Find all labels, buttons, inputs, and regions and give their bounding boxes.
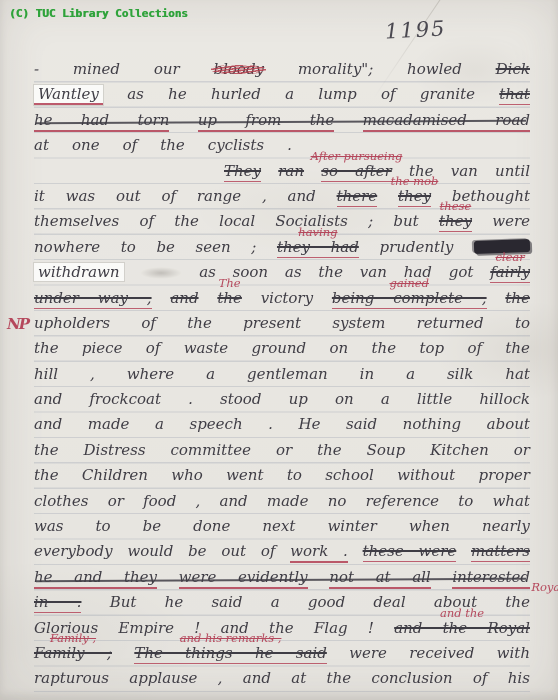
manuscript-word: be	[156, 238, 174, 256]
manuscript-word: and	[288, 187, 316, 205]
page-number: 1195	[384, 16, 447, 43]
manuscript-word: on	[335, 390, 354, 408]
manuscript-word: of	[467, 339, 482, 357]
manuscript-word: of	[141, 314, 156, 332]
manuscript-word: seen ;	[196, 238, 257, 256]
manuscript-word: about	[487, 415, 530, 433]
manuscript-word: or	[514, 441, 530, 459]
manuscript-word: little	[417, 390, 452, 408]
manuscript-word: where	[127, 365, 174, 383]
manuscript-word: no	[328, 492, 347, 510]
manuscript-word: matters	[471, 542, 530, 562]
manuscript-word: victory	[261, 289, 313, 307]
manuscript-word: to	[121, 238, 136, 256]
manuscript-word: work .	[290, 542, 348, 563]
manuscript-word: not at all	[329, 568, 430, 589]
manuscript-word: of	[161, 187, 176, 205]
red-ink-insertion: Royal	[531, 582, 558, 593]
manuscript-word: was	[66, 187, 95, 205]
manuscript-word: were evidently	[179, 568, 308, 589]
manuscript-word: a	[271, 593, 280, 611]
manuscript-line: and frockcoat . stood up on a little hil…	[34, 387, 530, 412]
manuscript-word: prudently	[379, 238, 453, 256]
manuscript-word: winter	[327, 517, 376, 535]
manuscript-word: van	[360, 263, 387, 281]
manuscript-word: theythe mob	[398, 187, 431, 207]
manuscript-word: got	[449, 263, 474, 281]
manuscript-word: would	[127, 542, 173, 560]
manuscript-word: Distress	[84, 441, 146, 459]
manuscript-word: returned	[417, 314, 484, 332]
manuscript-word: and	[243, 669, 271, 687]
manuscript-word: withdrawn	[34, 263, 124, 281]
red-ink-insertion: having	[298, 227, 337, 238]
manuscript-word: The things he saidand his remarks ,	[134, 644, 327, 664]
manuscript-word: of	[473, 669, 488, 687]
manuscript-word: the	[372, 339, 397, 357]
manuscript-word: be	[143, 517, 161, 535]
manuscript-line: at one of the cyclists .	[34, 133, 292, 158]
manuscript-word: but	[393, 212, 418, 230]
manuscript-lines: - mined our bloody morality"; howled Dic…	[34, 57, 530, 697]
manuscript-word: fairlyclear	[490, 263, 530, 283]
manuscript-word: of	[261, 542, 276, 560]
manuscript-word: done	[193, 517, 230, 535]
manuscript-word: without	[397, 466, 455, 484]
manuscript-word: to	[287, 466, 302, 484]
manuscript-line: clothes or food , and made no reference …	[34, 489, 530, 514]
manuscript-word: applause ,	[129, 669, 222, 687]
manuscript-word: Dick	[496, 60, 530, 78]
manuscript-word: Flag !	[314, 619, 374, 637]
manuscript-word: his	[508, 669, 530, 687]
manuscript-word: a speech .	[155, 415, 273, 433]
manuscript-word: and the Royaland the	[394, 619, 530, 637]
manuscript-word: hurled	[211, 85, 261, 103]
manuscript-word: the	[34, 441, 59, 459]
manuscript-word: so afterAfter pursueing	[321, 162, 392, 182]
manuscript-word: the	[327, 669, 352, 687]
red-ink-insertion: the mob	[391, 176, 439, 187]
manuscript-word: gentleman	[247, 365, 328, 383]
manuscript-line: Glorious Empire ! and the Flag ! and the…	[34, 616, 530, 641]
manuscript-word: silk hat	[447, 365, 530, 383]
manuscript-word: next	[262, 517, 295, 535]
manuscript-word: in	[360, 365, 374, 383]
red-ink-insertion: After pursueing	[311, 151, 403, 162]
manuscript-word: who	[171, 466, 203, 484]
manuscript-word: hillock	[479, 390, 530, 408]
manuscript-word: there	[337, 187, 378, 207]
manuscript-word: was	[34, 517, 63, 535]
manuscript-word: howled	[407, 60, 462, 78]
manuscript-word: lump	[318, 85, 356, 103]
manuscript-word: and	[170, 289, 198, 307]
manuscript-word: on	[330, 339, 349, 357]
manuscript-word: everybody	[34, 542, 113, 560]
manuscript-word: morality";	[298, 60, 373, 78]
manuscript-word: Wantley	[34, 85, 103, 105]
manuscript-word: nothing	[403, 415, 461, 433]
red-ink-insertion: these	[440, 201, 472, 212]
manuscript-word: it	[34, 187, 45, 205]
manuscript-word: be	[188, 542, 206, 560]
manuscript-word: stood	[220, 390, 261, 408]
manuscript-word: of	[146, 339, 161, 357]
manuscript-word: or	[108, 492, 124, 510]
manuscript-word: he had torn	[34, 111, 169, 132]
manuscript-word: in .	[34, 593, 81, 613]
manuscript-word: went	[226, 466, 263, 484]
manuscript-word: received	[409, 644, 474, 662]
red-ink-insertion: clear	[495, 252, 524, 263]
manuscript-word: as	[285, 263, 302, 281]
manuscript-word: committee	[170, 441, 251, 459]
manuscript-line: themselves of the local Socialists ; but…	[34, 209, 530, 234]
manuscript-line: and made a speech . He said nothing abou…	[34, 412, 530, 437]
manuscript-word: range ,	[197, 187, 267, 205]
manuscript-word: as	[127, 85, 144, 103]
manuscript-word: out	[221, 542, 246, 560]
manuscript-word: theThe	[217, 289, 242, 307]
manuscript-word: the	[174, 212, 199, 230]
manuscript-word: conclusion	[371, 669, 452, 687]
manuscript-word: a	[285, 85, 294, 103]
manuscript-word: Soup	[367, 441, 406, 459]
manuscript-word: he	[168, 85, 187, 103]
manuscript-word: at one of the cyclists .	[34, 136, 292, 154]
manuscript-page: (C) TUC Library Collections 1195 - mined…	[0, 0, 558, 700]
manuscript-word: deal	[373, 593, 405, 611]
manuscript-word: clothes	[34, 492, 89, 510]
manuscript-line: nowhere to be seen ; they hadhaving prud…	[34, 235, 530, 260]
manuscript-line: withdrawn as soon as the van had got fai…	[34, 260, 530, 285]
manuscript-line: the Children who went to school without …	[34, 463, 530, 488]
manuscript-word: top	[419, 339, 444, 357]
manuscript-word: under way ,	[34, 289, 152, 309]
manuscript-word: of	[139, 212, 154, 230]
manuscript-word: school	[325, 466, 374, 484]
manuscript-word: present	[243, 314, 301, 332]
manuscript-word: theythese	[439, 212, 472, 232]
manuscript-word: proper	[478, 466, 529, 484]
manuscript-word: that	[499, 85, 530, 105]
manuscript-word: nowhere	[34, 238, 100, 256]
manuscript-word: granite	[420, 85, 475, 103]
manuscript-word: the	[505, 289, 530, 307]
manuscript-line: hill , where a gentleman in a silk hat	[34, 362, 530, 387]
red-ink-insertion: and the	[440, 608, 484, 619]
manuscript-word: nearly	[482, 517, 530, 535]
manuscript-word: up	[289, 390, 308, 408]
manuscript-word: when	[409, 517, 450, 535]
manuscript-word: our	[154, 60, 180, 78]
manuscript-word: a	[206, 365, 215, 383]
manuscript-word: with	[497, 644, 530, 662]
manuscript-word: food ,	[143, 492, 200, 510]
manuscript-line: the piece of waste ground on the top of …	[34, 336, 530, 361]
manuscript-word: being complete ,gained	[332, 289, 487, 309]
manuscript-word: said	[346, 415, 377, 433]
manuscript-word: Kitchen	[430, 441, 489, 459]
red-ink-insertion: and his remarks ,	[180, 633, 282, 644]
manuscript-word: were	[492, 212, 530, 230]
manuscript-word: They	[224, 162, 261, 182]
manuscript-word: - mined	[34, 60, 120, 78]
manuscript-word: out	[116, 187, 141, 205]
manuscript-word: made	[267, 492, 309, 510]
manuscript-word: Children	[82, 466, 148, 484]
manuscript-word: the	[317, 441, 342, 459]
manuscript-word: upholders	[34, 314, 110, 332]
manuscript-word: to	[515, 314, 530, 332]
manuscript-word: Family ;Family ,	[34, 644, 112, 662]
manuscript-line: rapturous applause , and at the conclusi…	[34, 666, 530, 691]
paragraph-mark: NP	[7, 312, 28, 337]
manuscript-word: frockcoat .	[89, 390, 193, 408]
manuscript-word: these were	[363, 542, 457, 562]
manuscript-word: system	[332, 314, 385, 332]
manuscript-line: he and they were evidently not at all in…	[34, 565, 530, 590]
manuscript-word: ran	[278, 162, 304, 180]
manuscript-word: local	[219, 212, 255, 230]
manuscript-word: theRoyal	[505, 593, 530, 611]
manuscript-line: was to be done next winter when nearly	[34, 514, 530, 539]
manuscript-line: Wantley as he hurled a lump of granite t…	[34, 82, 530, 107]
manuscript-line: he had torn up from the macadamised road	[34, 108, 530, 133]
manuscript-word: to	[96, 517, 111, 535]
manuscript-word: reference to	[366, 492, 474, 510]
manuscript-word: of	[381, 85, 396, 103]
manuscript-word: piece	[82, 339, 123, 357]
manuscript-word: ground	[251, 339, 306, 357]
manuscript-word: up from the	[198, 111, 335, 132]
manuscript-word: He	[299, 415, 321, 433]
manuscript-line: - mined our bloody morality"; howled Dic…	[34, 57, 530, 82]
manuscript-word: at	[291, 669, 306, 687]
red-ink-insertion: gained	[389, 278, 428, 289]
manuscript-word: interested	[452, 568, 530, 589]
manuscript-word: the	[34, 339, 59, 357]
red-ink-insertion: Family ,	[50, 633, 96, 644]
manuscript-word: the	[505, 339, 530, 357]
manuscript-word: he and they	[34, 568, 157, 589]
manuscript-word: rapturous	[34, 669, 109, 687]
manuscript-line: They ran so afterAfter pursueing the van…	[34, 159, 530, 184]
manuscript-word: he	[165, 593, 184, 611]
manuscript-word: bloody	[213, 60, 264, 78]
manuscript-word: and	[34, 415, 62, 433]
manuscript-word: macadamised road	[363, 111, 530, 132]
manuscript-word: made	[88, 415, 130, 433]
manuscript-word: said	[211, 593, 242, 611]
manuscript-word: good	[308, 593, 345, 611]
manuscript-word: they hadhaving	[277, 238, 359, 258]
manuscript-line: under way , and theThe victory being com…	[34, 286, 530, 311]
manuscript-word: the	[187, 314, 212, 332]
manuscript-word: the	[34, 466, 59, 484]
manuscript-word: or	[276, 441, 292, 459]
manuscript-word: waste	[184, 339, 228, 357]
manuscript-word: and	[219, 492, 247, 510]
library-watermark: (C) TUC Library Collections	[9, 7, 188, 20]
manuscript-word: and	[34, 390, 62, 408]
manuscript-line: everybody would be out of work . these w…	[34, 539, 530, 564]
manuscript-line: NPupholders of the present system return…	[34, 311, 530, 336]
manuscript-word: a	[381, 390, 390, 408]
manuscript-word	[140, 267, 182, 279]
manuscript-word: hill ,	[34, 365, 95, 383]
manuscript-line: Family ;Family , The things he saidand h…	[34, 641, 530, 666]
manuscript-word: what	[492, 492, 529, 510]
manuscript-word: themselves	[34, 212, 119, 230]
red-ink-insertion: The	[219, 278, 241, 289]
manuscript-word: were	[349, 644, 387, 662]
manuscript-word: But	[110, 593, 137, 611]
manuscript-line: the Distress committee or the Soup Kitch…	[34, 438, 530, 463]
manuscript-word: the	[318, 263, 343, 281]
manuscript-word: a	[406, 365, 415, 383]
